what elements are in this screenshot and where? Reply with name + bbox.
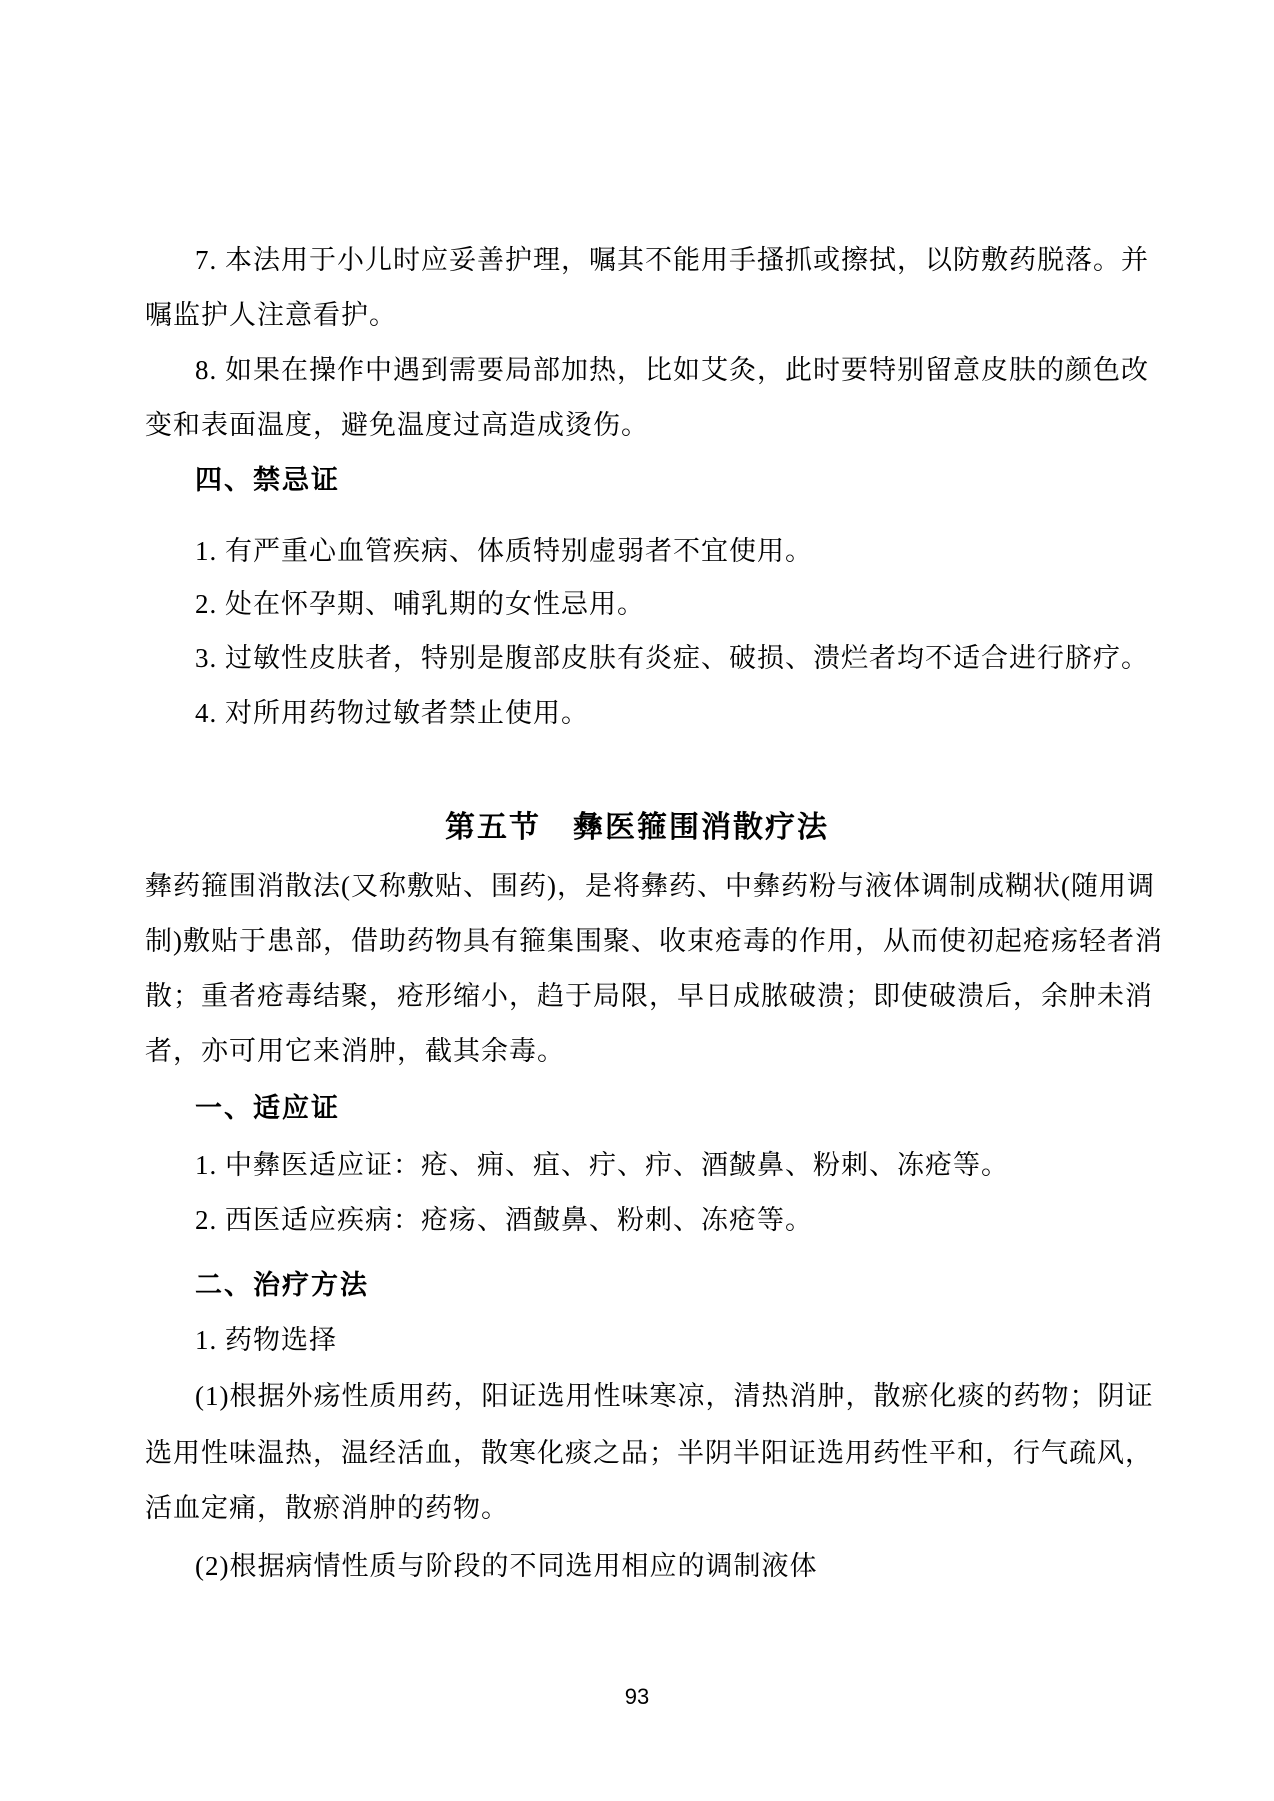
paragraph-line: 嘱监护人注意看护。 <box>145 288 1137 343</box>
numbered-item-line: (1)根据外疡性质用药，阳证选用性味寒凉，清热消肿，散瘀化痰的药物；阴证 <box>145 1369 1187 1424</box>
subsection-heading: 二、治疗方法 <box>145 1258 1187 1313</box>
document-page: 7. 本法用于小儿时应妥善护理，嘱其不能用手搔抓或擦拭，以防敷药脱落。并 嘱监护… <box>0 0 1274 1801</box>
numbered-item-line: 3. 过敏性皮肤者，特别是腹部皮肤有炎症、破损、溃烂者均不适合进行脐疗。 <box>145 631 1187 686</box>
paragraph-line: 者，亦可用它来消肿，截其余毒。 <box>145 1024 1137 1079</box>
numbered-item-line: 1. 有严重心血管疾病、体质特别虚弱者不宜使用。 <box>145 524 1187 579</box>
numbered-item-line: 7. 本法用于小儿时应妥善护理，嘱其不能用手搔抓或擦拭，以防敷药脱落。并 <box>145 233 1187 288</box>
numbered-item-line: 4. 对所用药物过敏者禁止使用。 <box>145 686 1187 741</box>
section-title: 第五节 彝医箍围消散疗法 <box>0 800 1274 855</box>
page-number: 93 <box>0 1682 1274 1712</box>
numbered-item-line: 8. 如果在操作中遇到需要局部加热，比如艾灸，此时要特别留意皮肤的颜色改 <box>145 343 1187 398</box>
subsection-heading: 一、适应证 <box>145 1081 1187 1136</box>
numbered-item-line: 2. 处在怀孕期、哺乳期的女性忌用。 <box>145 577 1187 632</box>
paragraph-line: 散；重者疮毒结聚，疮形缩小，趋于局限，早日成脓破溃；即使破溃后，余肿未消 <box>145 969 1137 1024</box>
paragraph-line: 变和表面温度，避免温度过高造成烫伤。 <box>145 398 1137 453</box>
numbered-item-line: (2)根据病情性质与阶段的不同选用相应的调制液体 <box>145 1539 1187 1594</box>
paragraph-line: 彝药箍围消散法(又称敷贴、围药)，是将彝药、中彝药粉与液体调制成糊状(随用调 <box>145 859 1137 914</box>
subsection-heading: 四、禁忌证 <box>145 453 1187 508</box>
paragraph-line: 活血定痛，散瘀消肿的药物。 <box>145 1481 1137 1536</box>
numbered-item-line: 1. 中彝医适应证：疮、痈、疽、疔、疖、酒皶鼻、粉刺、冻疮等。 <box>145 1138 1187 1193</box>
numbered-item-line: 1. 药物选择 <box>145 1313 1187 1368</box>
numbered-item-line: 2. 西医适应疾病：疮疡、酒皶鼻、粉刺、冻疮等。 <box>145 1193 1187 1248</box>
paragraph-line: 选用性味温热，温经活血，散寒化痰之品；半阴半阳证选用药性平和，行气疏风， <box>145 1426 1137 1481</box>
paragraph-line: 制)敷贴于患部，借助药物具有箍集围聚、收束疮毒的作用，从而使初起疮疡轻者消 <box>145 914 1137 969</box>
